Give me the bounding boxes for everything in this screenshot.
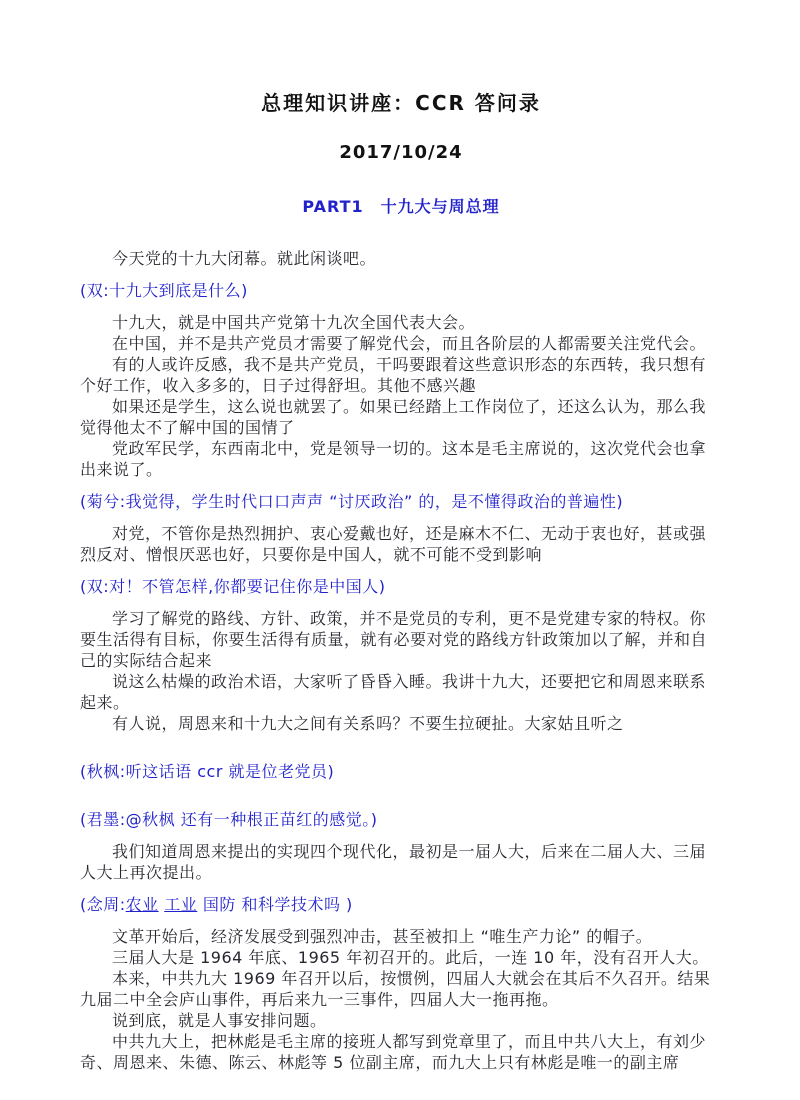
annotation-line: (君墨:@秋枫 还有一种根正苗红的感觉。) [80, 809, 722, 830]
body-paragraph: 党政军民学，东西南北中，党是领导一切的。这本是毛主席说的，这次党代会也拿出来说了… [80, 438, 722, 480]
document-date: 2017/10/24 [80, 141, 722, 165]
body-paragraph: 十九大，就是中国共产党第十九次全国代表大会。 [80, 312, 722, 333]
body-paragraph: 本来，中共九大 1969 年召开以后，按惯例，四届人大就会在其后不久召开。结果九… [80, 968, 722, 1010]
document-title: 总理知识讲座：CCR 答问录 [80, 90, 722, 116]
body-paragraph: 三届人大是 1964 年底、1965 年初召开的。此后，一连 10 年，没有召开… [80, 947, 722, 968]
body-paragraph: 中共九大上，把林彪是毛主席的接班人都写到党章里了，而且中共八大上，有刘少奇、周恩… [80, 1031, 722, 1073]
body-paragraph: 如果还是学生，这么说也就罢了。如果已经踏上工作岗位了，还这么认为，那么我觉得他太… [80, 396, 722, 438]
paragraphs: 今天党的十九大闭幕。就此闲谈吧。(双:十九大到底是什么)十九大，就是中国共产党第… [80, 248, 722, 1073]
underlined-term: 工业 [164, 895, 197, 914]
body-paragraph: 说这么枯燥的政治术语，大家听了昏昏入睡。我讲十九大，还要把它和周恩来联系起来。 [80, 671, 722, 713]
body-paragraph: 今天党的十九大闭幕。就此闲谈吧。 [80, 248, 722, 269]
body-paragraph: 对党，不管你是热烈拥护、衷心爱戴也好，还是麻木不仁、无动于衷也好，甚或强烈反对、… [80, 523, 722, 565]
section-heading: PART1 十九大与周总理 [80, 196, 722, 217]
annotation-line: (念周:农业 工业 国防 和科学技术吗 ) [80, 894, 722, 915]
body-paragraph: 有人说，周恩来和十九大之间有关系吗？不要生拉硬扯。大家姑且听之 [80, 713, 722, 734]
annotation-line: (秋枫:听这话语 ccr 就是位老党员) [80, 761, 722, 782]
body-paragraph: 有的人或许反感，我不是共产党员，干吗要跟着这些意识形态的东西转，我只想有个好工作… [80, 354, 722, 396]
body-paragraph: 我们知道周恩来提出的实现四个现代化，最初是一届人大，后来在二届人大、三届人大上再… [80, 841, 722, 883]
body-paragraph: 在中国，并不是共产党员才需要了解党代会，而且各阶层的人都需要关注党代会。 [80, 333, 722, 354]
document-page: 总理知识讲座：CCR 答问录 2017/10/24 PART1 十九大与周总理 … [0, 0, 800, 1100]
underlined-term: 农业 [126, 895, 159, 914]
body-paragraph: 学习了解党的路线、方针、政策，并不是党员的专利，更不是党建专家的特权。你要生活得… [80, 608, 722, 671]
body-paragraph: 文革开始后，经济发展受到强烈冲击，甚至被扣上 “唯生产力论” 的帽子。 [80, 926, 722, 947]
text-segment: (念周: [80, 895, 126, 914]
annotation-line: (菊兮:我觉得，学生时代口口声声 “讨厌政治” 的，是不懂得政治的普遍性) [80, 491, 722, 512]
annotation-line: (双:十九大到底是什么) [80, 280, 722, 301]
annotation-line: (双:对！不管怎样,你都要记住你是中国人) [80, 576, 722, 597]
text-segment: 国防 和科学技术吗 ) [197, 895, 353, 914]
body-paragraph: 说到底，就是人事安排问题。 [80, 1010, 722, 1031]
